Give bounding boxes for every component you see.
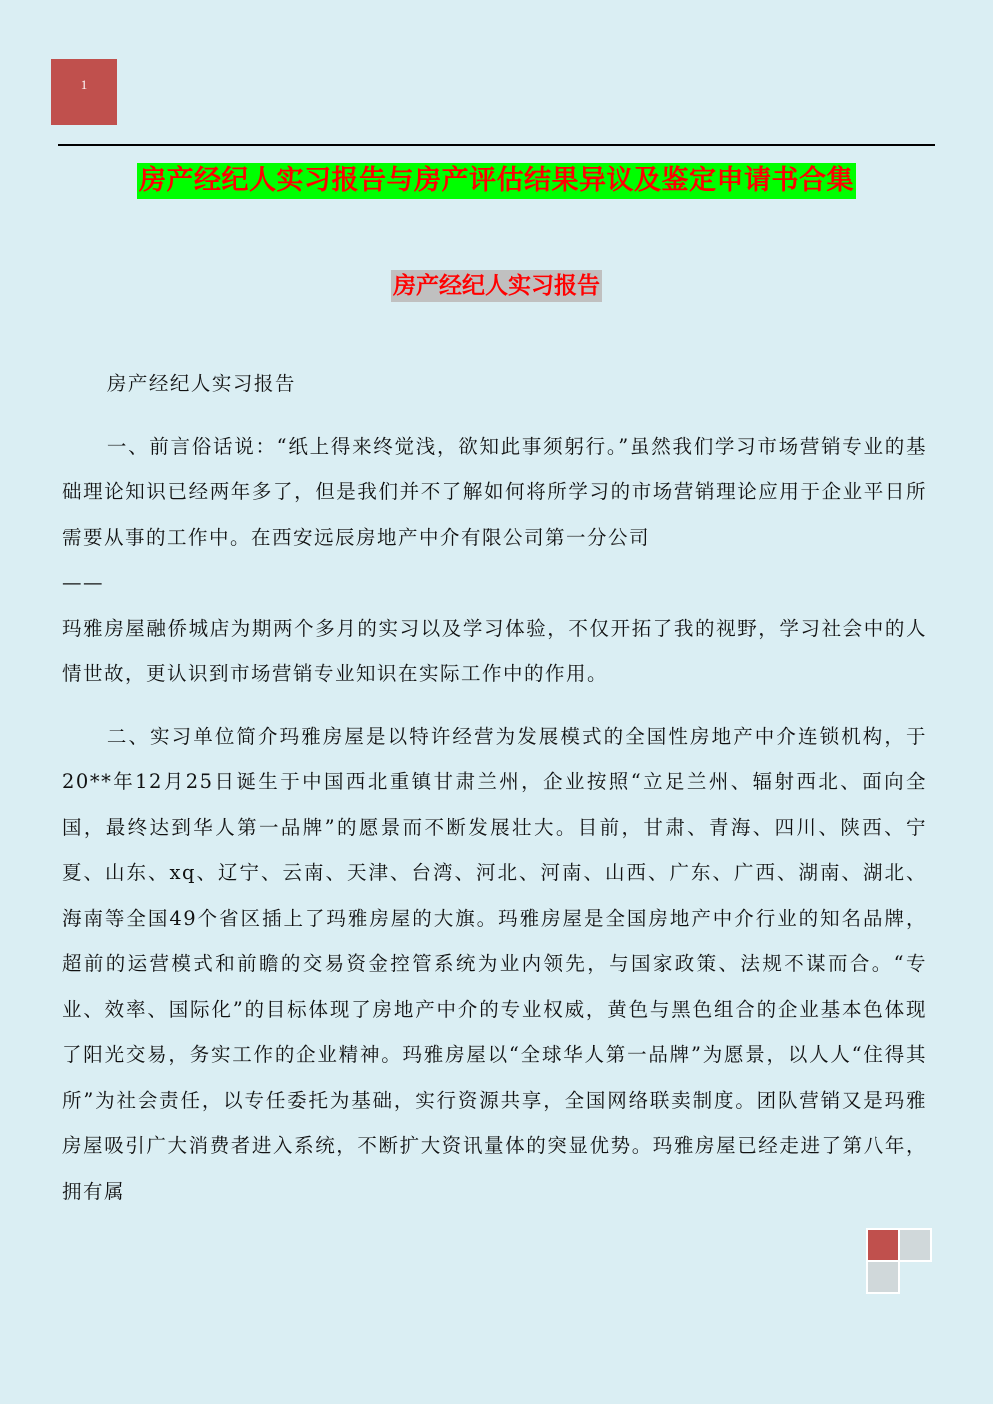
document-body: 房产经纪人实习报告 一、前言俗话说：“纸上得来终觉浅，欲知此事须躬行。”虽然我们… [62,361,927,1214]
section-title: 房产经纪人实习报告 [391,270,602,302]
paragraph-preface-continued: 玛雅房屋融侨城店为期两个多月的实习以及学习体验，不仅开拓了我的视野，学习社会中的… [62,606,927,697]
page-number: 1 [81,77,88,92]
paragraph-preface: 一、前言俗话说：“纸上得来终觉浅，欲知此事须躬行。”虽然我们学习市场营销专业的基… [62,424,927,561]
document-main-title: 房产经纪人实习报告与房产评估结果异议及鉴定申请书合集 [137,163,856,199]
main-title-container: 房产经纪人实习报告与房产评估结果异议及鉴定申请书合集 [0,163,993,199]
paragraph-company-intro: 二、实习单位简介玛雅房屋是以特许经营为发展模式的全国性房地产中介连锁机构，于20… [62,714,927,1215]
page-corner-decoration [866,1228,933,1294]
paragraph-dash: —— [62,560,927,606]
header-divider [58,144,935,146]
paragraph-heading: 房产经纪人实习报告 [62,361,927,407]
corner-square-grey [898,1228,932,1262]
page-number-badge: 1 [51,59,117,125]
corner-square-red [866,1228,900,1262]
corner-square-grey [866,1260,900,1294]
section-title-container: 房产经纪人实习报告 [0,270,993,302]
